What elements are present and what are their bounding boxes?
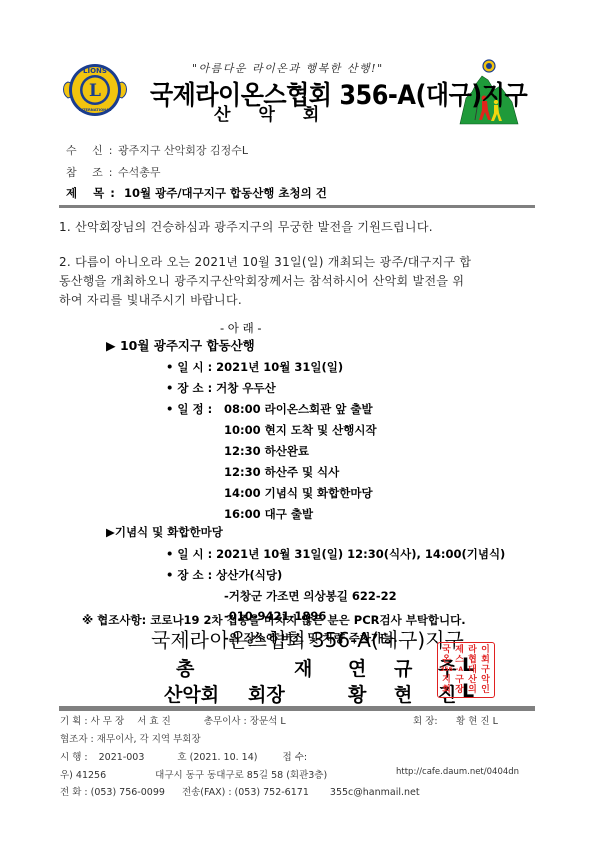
place-detail: -거창군 가조면 의상봉길 622-22	[224, 588, 397, 604]
issue-date: 호 (2021. 10. 14)	[177, 752, 257, 763]
sig-char: 회장	[248, 680, 285, 707]
reference: 수석총무	[118, 166, 161, 179]
secretary: 장문석 L	[250, 716, 286, 727]
seal-char: 지	[440, 675, 453, 685]
seal-char: 구	[479, 665, 492, 675]
paragraph-1: 1. 산악회장님의 건승하심과 광주지구의 무궁한 발전을 기원드립니다.	[59, 218, 433, 235]
seal-char: 국	[440, 645, 453, 655]
official-seal-stamp: 국 제 라 이 온 스 협 회 356 -A 대 구 지 구 산 악 회 장 의…	[437, 642, 495, 698]
footer-divider	[59, 706, 535, 711]
seal-char: 의	[466, 685, 479, 695]
president-label: 회 장:	[413, 713, 438, 727]
schedule-item: 14:00 기념식 및 화합한마당	[224, 485, 373, 501]
schedule-item: 08:00 라이온스회관 앞 출발	[224, 401, 373, 417]
seal-char: 대	[466, 665, 479, 675]
paragraph-2-line-3: 하여 자리를 빛내주시기 바랍니다.	[59, 291, 242, 308]
section1-title: ▶ 10월 광주지구 합동산행	[106, 336, 255, 354]
reference-label: 참 조:	[66, 164, 114, 180]
schedule-item: 10:00 현지 도착 및 산행시작	[224, 422, 377, 438]
seal-char: 이	[479, 645, 492, 655]
received-label: 접 수:	[283, 752, 308, 763]
paragraph-2-line-1: 2. 다름이 아니오라 오는 2021년 10월 31일(일) 개최되는 광주/…	[59, 253, 471, 270]
reference-line: 참 조:수석총무	[66, 164, 161, 180]
seal-char: 협	[466, 655, 479, 665]
seal-char: 회	[440, 685, 453, 695]
issue-number: 2021-003	[99, 752, 145, 763]
section2-title: ▶기념식 및 화합한마당	[106, 524, 223, 540]
section2-date: • 일 시 : 2021년 10월 31일(일) 12:30(식사), 14:0…	[166, 546, 505, 562]
club-title: 산악회	[214, 100, 347, 125]
seal-char: 제	[453, 645, 466, 655]
recipient-label: 수 신:	[66, 142, 114, 158]
secretary-label: 총무이사 :	[204, 716, 247, 727]
details-heading: - 아 래 -	[220, 320, 261, 336]
planner: 서 효 진	[137, 716, 171, 727]
seal-char: 온	[440, 655, 453, 665]
signature-row-president: 산악회 회장 황 현 진 L	[164, 680, 219, 707]
president: 황 현 진 L	[456, 713, 498, 727]
recipient: 광주지구 산악회장 김정수L	[118, 144, 248, 157]
subject-line: 제 목:10월 광주/대구지구 합동산행 초청의 건	[66, 185, 327, 201]
recipient-line: 수 신:광주지구 산악회장 김정수L	[66, 142, 248, 158]
seal-char: 구	[453, 675, 466, 685]
schedule-item: 12:30 하산완료	[224, 443, 309, 459]
seal-char: 회	[479, 655, 492, 665]
sig-char: 황	[348, 680, 366, 707]
sig-char: 총	[176, 658, 194, 680]
sig-char: 산악회	[164, 684, 219, 706]
sig-char: 규	[394, 654, 412, 681]
schedule-item: 16:00 대구 출발	[224, 506, 313, 522]
sig-char: 재	[294, 654, 312, 681]
sig-char: 연	[348, 654, 366, 681]
seal-char: 장	[453, 685, 466, 695]
section1-place: • 장 소 : 거창 우두산	[166, 380, 276, 396]
address: 대구시 동구 동대구로 85길 58 (회관3층)	[155, 770, 327, 781]
subject: 10월 광주/대구지구 합동산행 초청의 건	[124, 186, 327, 200]
footer-line-5: 전 화 : (053) 756-0099 전송(FAX) : (053) 752…	[60, 784, 420, 798]
section1-date: • 일 시 : 2021년 10월 31일(일)	[166, 359, 343, 375]
section2-place: • 장 소 : 상산가(식당)	[166, 567, 282, 583]
seal-char: -A	[453, 665, 466, 675]
lions-logo-icon: L LIONS INTERNATIONAL	[60, 60, 130, 120]
footer-line-2: 협조자 : 재무이사, 각 지역 부회장	[60, 731, 201, 745]
cafe-url[interactable]: http://cafe.daum.net/0404dn	[396, 767, 519, 777]
seal-char: 라	[466, 645, 479, 655]
postal-code: 우) 41256	[60, 770, 106, 781]
svg-text:LIONS: LIONS	[83, 67, 107, 75]
email[interactable]: 355c@hanmail.net	[330, 787, 420, 798]
header-divider	[59, 205, 535, 208]
footer-line-1: 기 획 : 사 무 장 서 효 진 총무이사 : 장문석 L 회 장: 황 현 …	[60, 713, 286, 727]
seal-char: 악	[479, 675, 492, 685]
signature-organization: 국제라이온스협회 356-A(대구)지구	[151, 624, 464, 653]
section1-schedule-label: • 일 정 :	[166, 401, 212, 417]
planner-label: 기 획 : 사 무 장	[60, 716, 124, 727]
footer-line-4: 우) 41256 대구시 동구 동대구로 85길 58 (회관3층) http:…	[60, 767, 327, 781]
subject-label: 제 목:	[66, 185, 114, 201]
issue-label: 시 행 :	[60, 752, 88, 763]
fax: 전송(FAX) : (053) 752-6171	[182, 787, 309, 798]
schedule-item: 12:30 하산주 및 식사	[224, 464, 339, 480]
signature-row-secretary: 총 재 연 규 주 L	[176, 654, 194, 681]
paragraph-2-line-2: 동산행을 개최하오니 광주지구산악회장께서는 참석하시어 산악회 발전을 위	[59, 272, 464, 289]
seal-char: 스	[453, 655, 466, 665]
phone: 전 화 : (053) 756-0099	[60, 787, 165, 798]
svg-text:L: L	[89, 81, 101, 101]
seal-char: 인	[479, 685, 492, 695]
seal-char: 356	[440, 665, 453, 675]
footer-line-3: 시 행 : 2021-003 호 (2021. 10. 14) 접 수:	[60, 749, 307, 763]
sig-char: 현	[394, 680, 412, 707]
svg-text:INTERNATIONAL: INTERNATIONAL	[79, 108, 112, 112]
seal-char: 산	[466, 675, 479, 685]
